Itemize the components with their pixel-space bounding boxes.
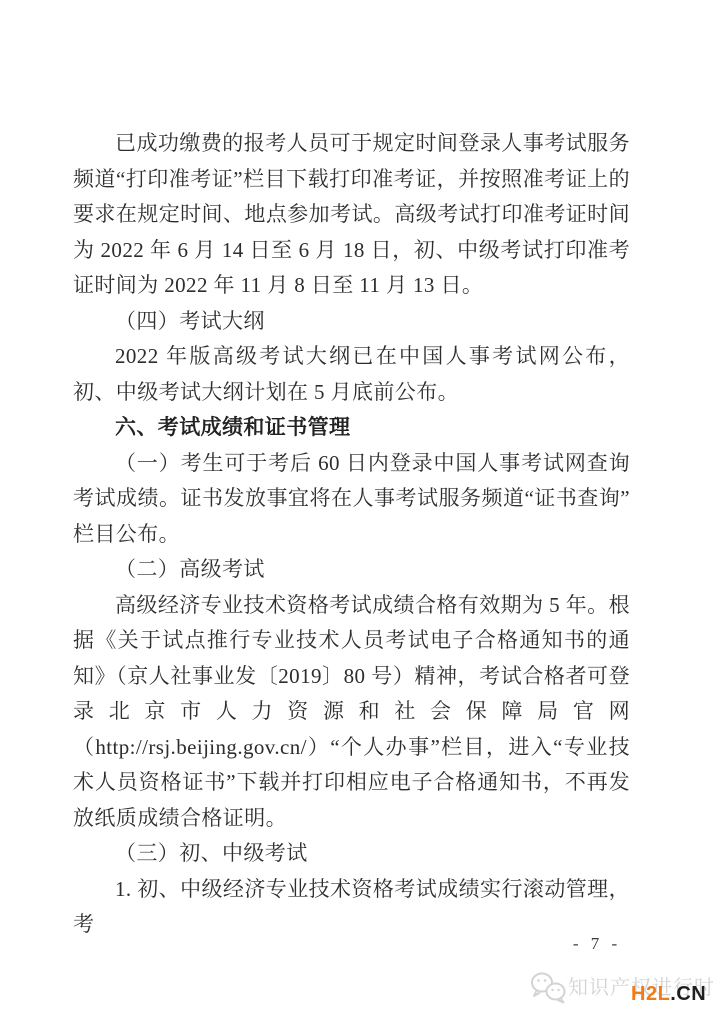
heading-scores-and-certificates: 六、考试成绩和证书管理 (73, 410, 630, 446)
paragraph-rolling-management: 1. 初、中级经济专业技术资格考试成绩实行滚动管理，考 (73, 872, 630, 943)
paragraph-outline-publish: 2022 年版高级考试大纲已在中国人事考试网公布，初、中级考试大纲计划在 5 月… (73, 339, 630, 410)
paragraph-score-query: （一）考生可于考后 60 日内登录中国人事考试网查询考试成绩。证书发放事宜将在人… (73, 446, 630, 553)
document-page: 已成功缴费的报考人员可于规定时间登录人事考试服务频道“打印准考证”栏目下载打印准… (0, 0, 720, 1018)
document-body: 已成功缴费的报考人员可于规定时间登录人事考试服务频道“打印准考证”栏目下载打印准… (73, 126, 630, 943)
page-number: - 7 - (547, 934, 647, 954)
watermark-site-cn: .CN (670, 983, 706, 1005)
watermark-site-h2l: H2L (631, 983, 670, 1005)
watermark-site-label: H2L.CN (631, 983, 706, 1006)
paragraph-senior-exam-validity: 高级经济专业技术资格考试成绩合格有效期为 5 年。根据《关于试点推行专业技术人员… (73, 588, 630, 837)
subheading-senior-exam: （二）高级考试 (73, 552, 630, 588)
wechat-icon (530, 971, 566, 1010)
watermark: 知识产权进行时 H2L.CN (528, 955, 718, 1013)
subheading-junior-intermediate-exam: （三）初、中级考试 (73, 836, 630, 872)
paragraph-admission-ticket: 已成功缴费的报考人员可于规定时间登录人事考试服务频道“打印准考证”栏目下载打印准… (73, 126, 630, 304)
subheading-exam-outline: （四）考试大纲 (73, 304, 630, 340)
